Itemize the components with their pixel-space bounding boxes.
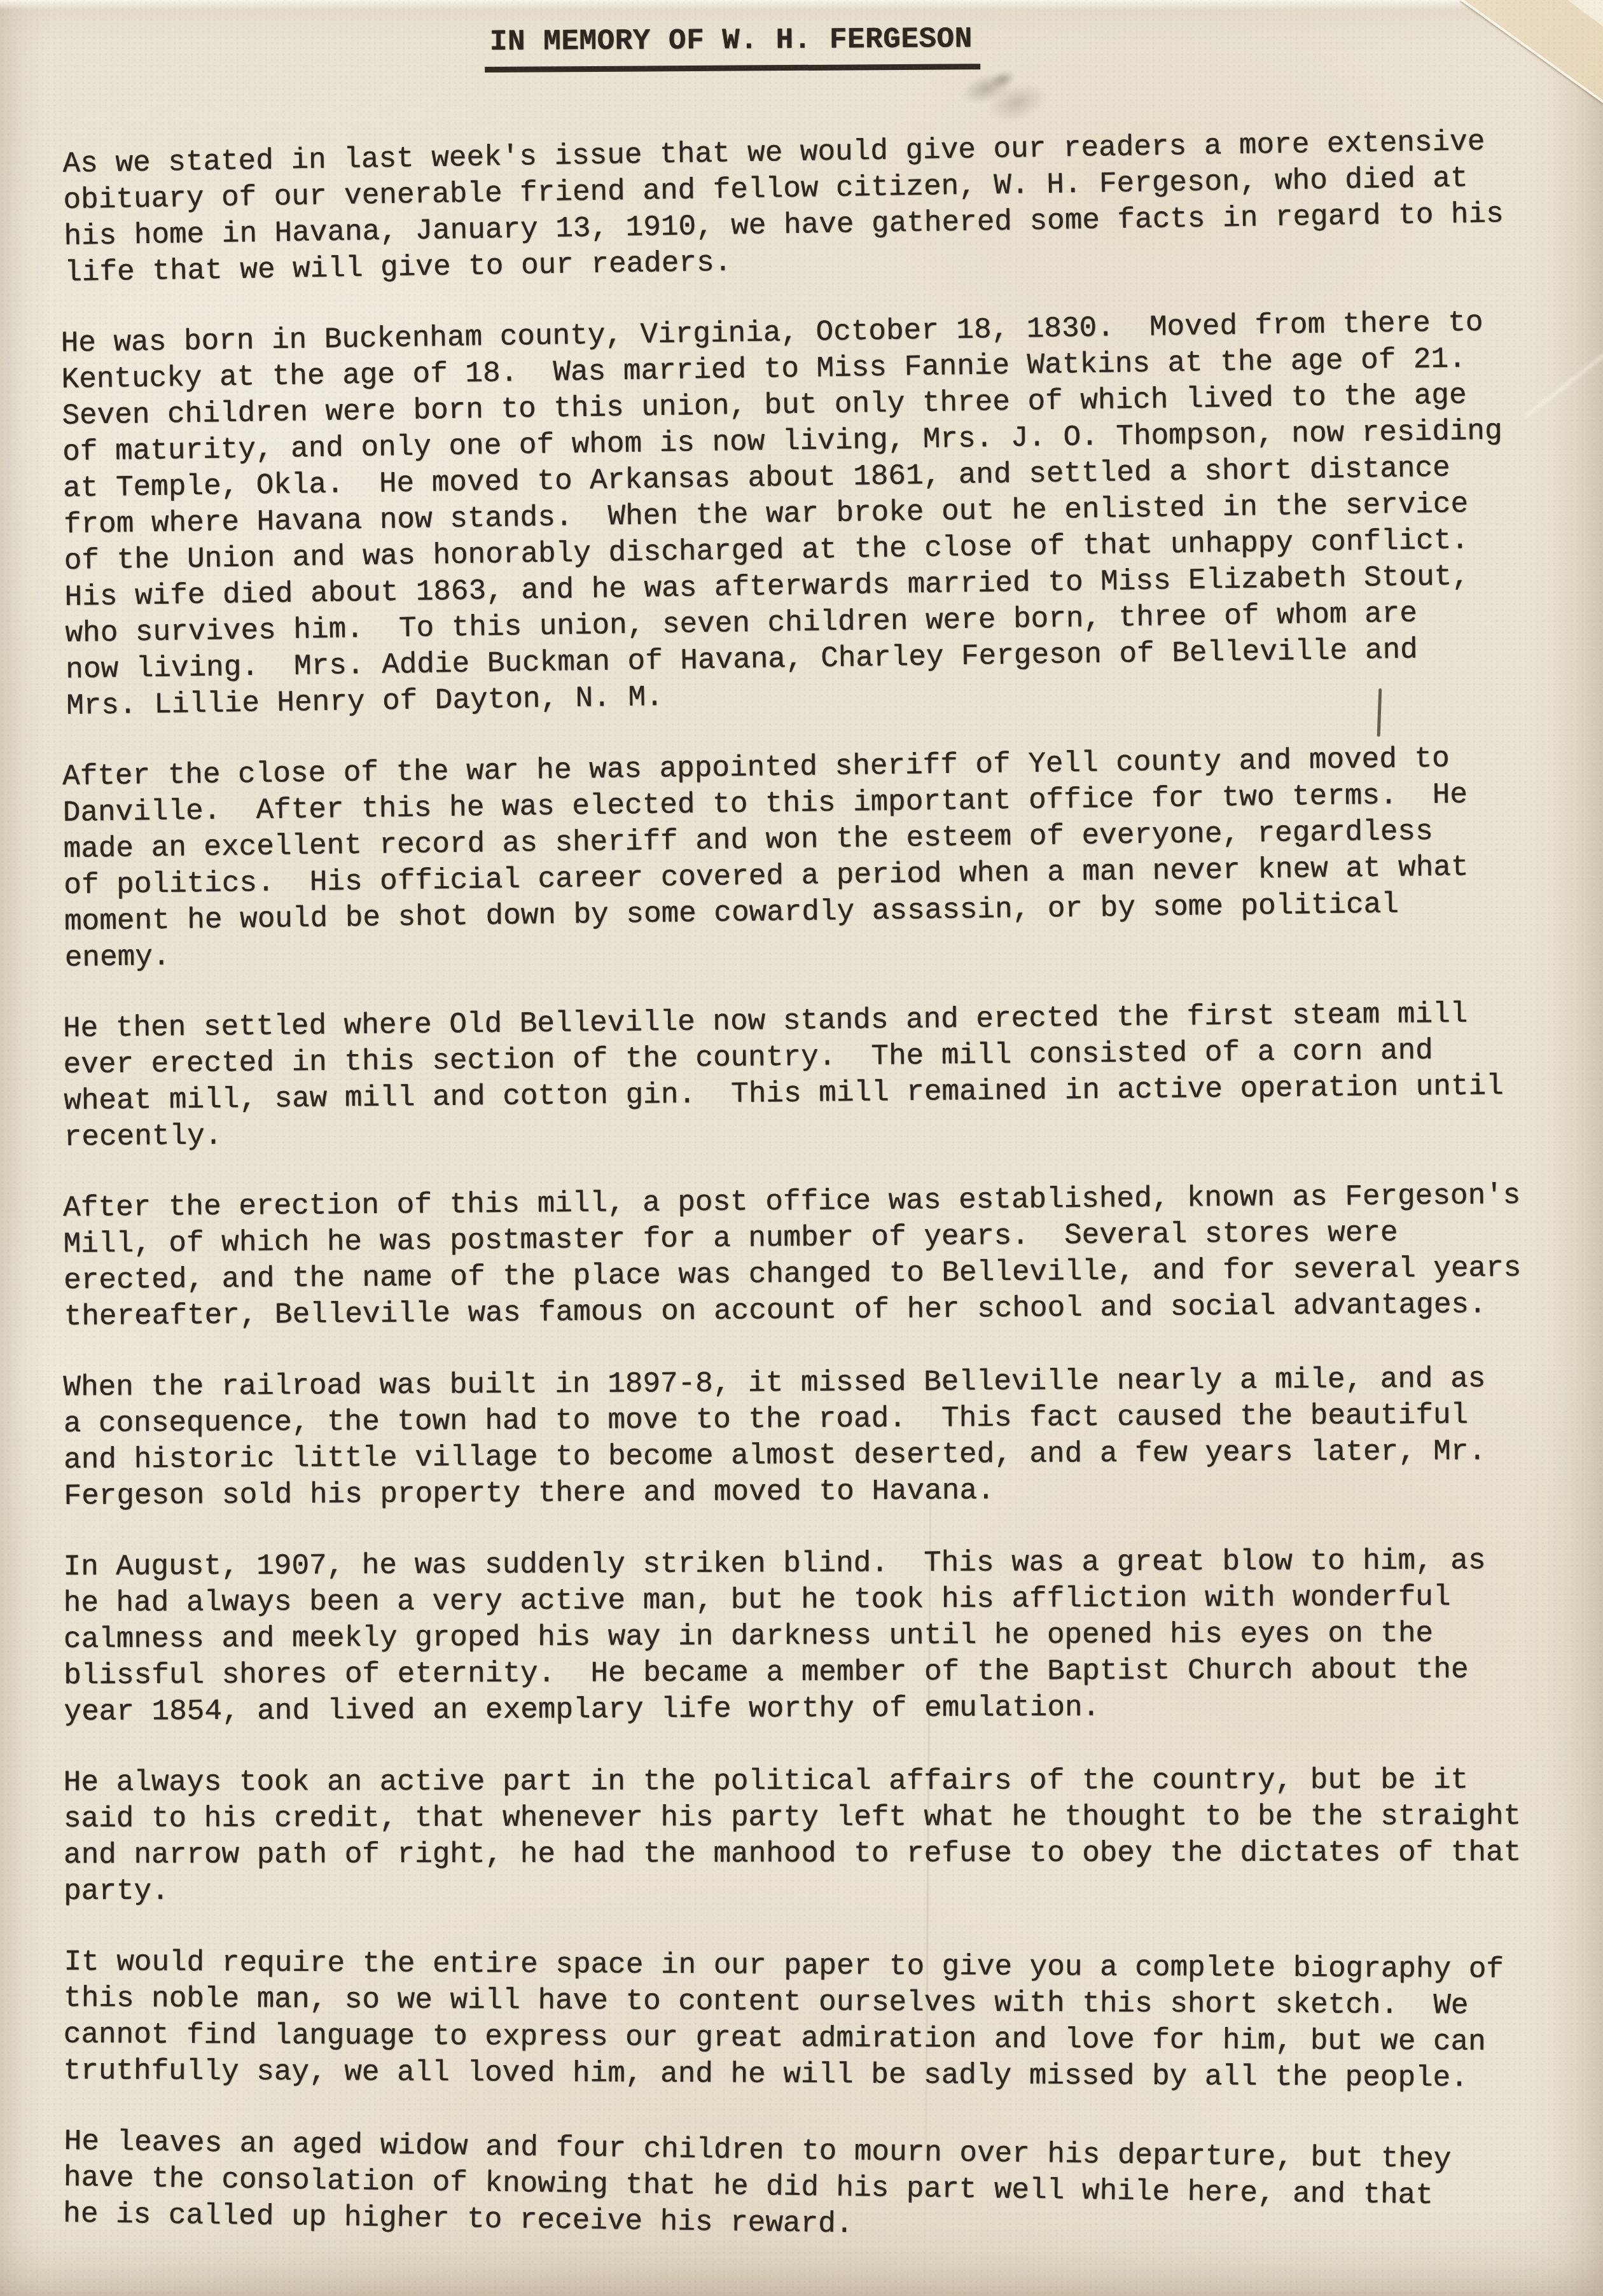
photographed-document: IN MEMORY OF W. H. FERGESON As we stated…	[0, 0, 1603, 2296]
paragraph: He always took an active part in the pol…	[64, 1762, 1539, 1910]
paragraph: He was born in Buckenham county, Virgini…	[60, 304, 1542, 725]
paragraph: When the railroad was built in 1897-8, i…	[63, 1361, 1539, 1515]
paragraph: After the erection of this mill, a post …	[63, 1178, 1540, 1335]
typewritten-sheet: IN MEMORY OF W. H. FERGESON As we stated…	[0, 0, 1603, 2296]
paragraph: After the close of the war he was appoin…	[62, 740, 1541, 977]
document-body: As we stated in last week's issue that w…	[64, 146, 1539, 2232]
paragraph: It would require the entire space in our…	[63, 1944, 1539, 2097]
document-title: IN MEMORY OF W. H. FERGESON	[485, 21, 980, 73]
paragraph: As we stated in last week's issue that w…	[62, 123, 1540, 291]
paragraph: He leaves an aged widow and four childre…	[63, 2124, 1540, 2251]
paragraph: He then settled where Old Belleville now…	[63, 996, 1540, 1156]
paragraph: In August, 1907, he was suddenly striken…	[63, 1543, 1539, 1730]
